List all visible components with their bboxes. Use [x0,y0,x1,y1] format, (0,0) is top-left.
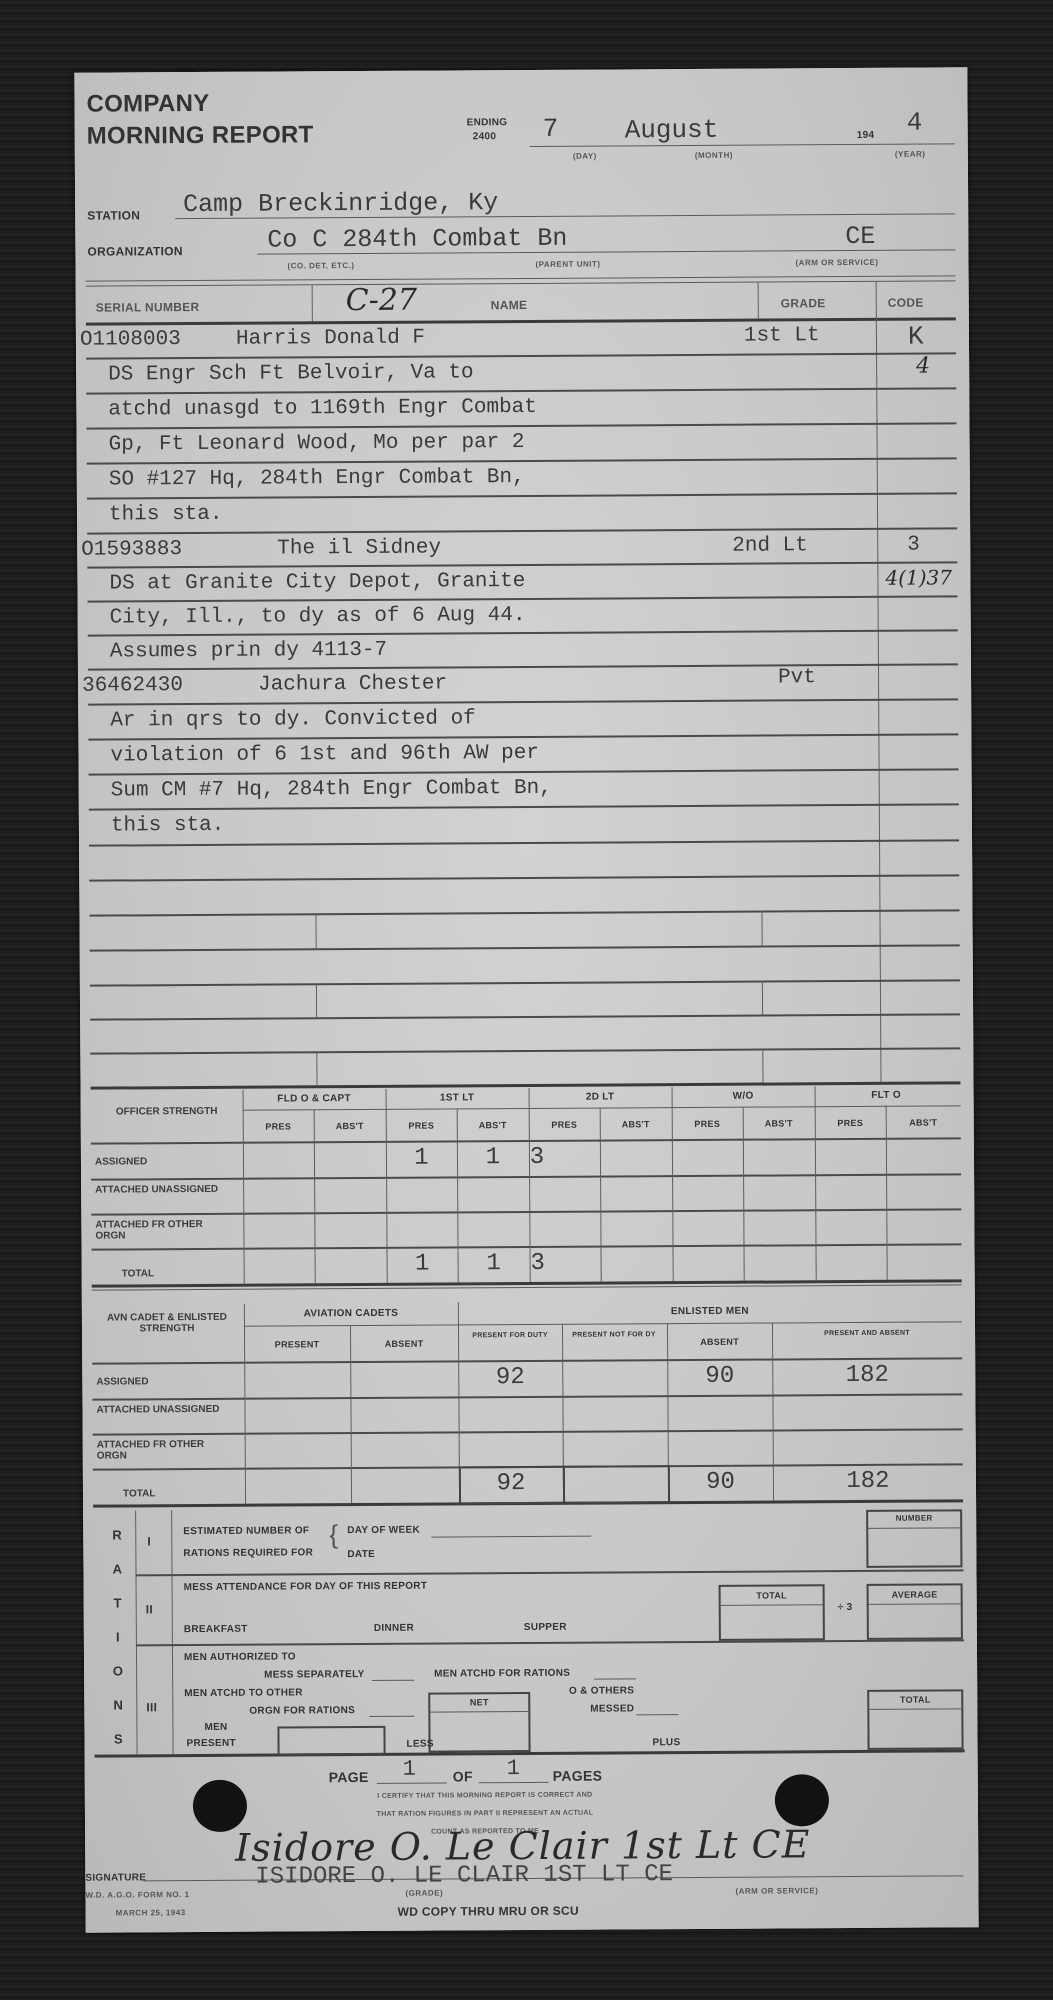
row-line [92,1393,962,1400]
typed-signature: ISIDORE O. LE CLAIR 1ST LT CE [255,1861,673,1891]
rule-divider [762,981,763,1015]
code-header: CODE [888,296,924,310]
page-field [377,1783,447,1784]
title-line-2: MORNING REPORT [87,121,314,150]
rule [88,663,958,670]
sub-pres: PRES [815,1118,886,1128]
col-cadets-absent: ABSENT [350,1338,458,1349]
men-present-1: MEN [204,1722,227,1733]
breakfast-label: BREAKFAST [184,1624,248,1635]
group-1st-lt: 1ST LT [386,1092,529,1104]
less-label: LESS [407,1739,434,1750]
organization-value: Co C 284th Combat Bn [267,224,567,255]
entry-serial-2: O1593883 [81,538,182,562]
rule [88,595,958,602]
year-prefix: 194 [857,130,875,141]
rule [87,457,957,464]
total-present-for-duty: 92 [459,1470,563,1498]
ending-label: ENDING [467,117,508,128]
serial-column-divider [312,285,313,321]
sub-abst: ABS'T [886,1117,961,1127]
side-letter: A [107,1552,127,1586]
code-column-divider [876,282,882,1082]
sub-pres: PRES [243,1121,314,1131]
officer-strength-table: OFFICER STRENGTH FLD O & CAPT 1ST LT 2D … [81,1085,975,1298]
part2-numeral: II [146,1602,153,1616]
certify-line-2: THAT RATION FIGURES IN PART II REPRESENT… [285,1809,685,1818]
grade-column-divider [758,283,759,319]
entry-line: Assumes prin dy 4113-7 [110,639,387,664]
col-line [243,1090,245,1284]
part1-label-1: ESTIMATED NUMBER OF [183,1525,309,1537]
entry-grade-3: Pvt [778,666,816,689]
serial-number-header: SERIAL NUMBER [96,300,200,315]
enlisted-strength-title: AVN CADET & ENLISTED STRENGTH [102,1312,232,1335]
ending-time: 2400 [473,131,497,142]
entry-name-1: Harris Donald F [236,327,425,351]
entries-header-bottom-line [86,317,956,325]
col-present-for-duty: PRESENT FOR DUTY [464,1330,556,1343]
row-assigned-label: ASSIGNED [96,1376,148,1387]
entry-code-2: 3 [907,534,920,557]
entry-line: violation of 6 1st and 96th AW per [110,742,539,768]
entry-line: Sum CM #7 Hq, 284th Engr Combat Bn, [111,777,552,803]
pages-label: PAGES [553,1768,603,1784]
arm-caption: (ARM OR SERVICE) [795,258,878,268]
entries-top-line-2 [86,280,956,286]
side-letter: I [108,1620,128,1654]
page-value: 1 [403,1757,416,1782]
page-label: PAGE [329,1769,369,1785]
col-line [815,1086,817,1280]
row-attached-fr-label: ATTACHED FR OTHER ORGN [95,1219,235,1242]
total-absent: 90 [668,1469,773,1497]
sub-abst: ABS'T [457,1120,529,1130]
parent-unit-caption: (PARENT UNIT) [535,260,600,269]
arm-of-service-value: CE [845,222,875,251]
rule-divider [761,911,762,946]
station-label: STATION [87,208,140,222]
pages-value: 1 [507,1756,520,1781]
assigned-present-and-absent: 182 [772,1361,962,1389]
form-id: W.D. A.G.O. FORM NO. 1 [85,1890,189,1900]
enlisted-men-group: ENLISTED MEN [458,1304,962,1318]
handwritten-note: C-27 [346,283,417,318]
rule [90,979,960,986]
entry-grade-2: 2nd Lt [732,534,808,557]
row-total-label: TOTAL [123,1488,155,1499]
rule [90,944,960,951]
copy-note: WD COPY THRU MRU OR SCU [398,1904,579,1919]
brace: { [329,1519,338,1550]
entry-line: DS Engr Sch Ft Belvoir, Va to [108,361,474,386]
mess-total-label: TOTAL [719,1590,825,1601]
group-fld-capt: FLD O & CAPT [243,1093,386,1105]
entry-code-annotation-2: 4(1)37 [885,565,952,589]
part1-label-2: RATIONS REQUIRED FOR [183,1547,313,1559]
entry-grade-1: 1st Lt [744,324,820,347]
rule [88,733,958,740]
rule [87,527,957,534]
entry-line: this sta. [111,814,225,838]
rule-divider [315,913,316,948]
col-line [314,1109,316,1283]
rule [89,803,959,810]
side-letter: N [108,1688,128,1722]
rule [86,387,956,394]
sub-abst: ABS'T [314,1121,386,1131]
entry-serial-1: O1108003 [80,328,181,352]
side-letter: R [107,1518,127,1552]
year-caption: (YEAR) [895,150,926,159]
men-atchd-rations-label: MEN ATCHD FOR RATIONS [434,1668,570,1680]
part1-numeral: I [147,1534,151,1548]
day-caption: (DAY) [573,152,597,161]
of-label: OF [453,1768,473,1784]
entry-line: Gp, Ft Leonard Wood, Mo per par 2 [109,431,525,457]
grade-header: GRADE [781,296,826,310]
entry-code-1: K [908,322,924,352]
rule [89,839,959,846]
rule [87,492,957,499]
rule-divider [762,1049,763,1083]
other-orgn-line-1: MEN ATCHD TO OTHER [184,1687,303,1699]
form-date: MARCH 25, 1943 [116,1908,186,1917]
rations-numeral-divider [171,1510,173,1754]
others-line-2: MESSED [554,1703,634,1714]
mess-average-label: AVERAGE [867,1589,963,1600]
rule [86,422,956,429]
group-subline [244,1321,962,1326]
rations-total-label: TOTAL [867,1694,963,1705]
assigned-2d-lt-pres: 3 [501,1144,573,1171]
mess-separately-field [372,1680,414,1681]
total-pnfd-box [563,1465,670,1504]
row-line [91,1173,961,1180]
row-line [93,1428,963,1435]
others-messed-field [636,1714,678,1715]
assigned-1st-lt-pres: 1 [386,1144,457,1171]
entry-line: Ar in qrs to dy. Convicted of [110,707,476,732]
rations-section: R A T I O N S I ESTIMATED NUMBER OF RATI… [83,1505,977,1756]
date-label: DATE [347,1549,375,1560]
day-of-week-label: DAY OF WEEK [347,1525,420,1536]
rule [87,561,957,568]
part1-bottom [136,1569,964,1576]
rule [89,874,959,881]
assigned-present-for-duty: 92 [458,1364,562,1392]
rule-divider [316,983,317,1017]
dinner-label: DINNER [374,1623,414,1634]
rule-divider [316,1051,317,1085]
sub-pres: PRES [386,1120,457,1130]
men-present-2: PRESENT [187,1738,236,1749]
entry-line: SO #127 Hq, 284th Engr Combat Bn, [109,466,525,492]
entry-line: DS at Granite City Depot, Granite [109,570,525,596]
entry-line: this sta. [109,503,223,527]
date-underline [530,143,955,147]
report-day: 7 [543,114,559,144]
number-label: NUMBER [866,1513,962,1523]
row-total-label: TOTAL [122,1268,154,1279]
row-line [91,1208,961,1215]
morning-report-form: COMPANY MORNING REPORT ENDING 2400 7 Aug… [74,67,978,1932]
assigned-absent: 90 [667,1363,772,1391]
col-line [350,1325,352,1503]
col-line [743,1107,745,1281]
aviation-cadets-group: AVIATION CADETS [244,1307,458,1319]
part3-numeral: III [146,1700,157,1714]
rule [90,1047,960,1054]
organization-label: ORGANIZATION [87,244,182,259]
name-header: NAME [491,298,528,312]
entry-code-annotation: 4 [916,354,930,379]
month-caption: (MONTH) [695,151,733,160]
rule [89,909,959,916]
group-subline [243,1105,961,1110]
plus-label: PLUS [653,1737,681,1748]
group-wo: W/O [672,1090,815,1102]
others-line-1: O & OTHERS [554,1685,634,1696]
sub-abst: ABS'T [600,1119,672,1129]
men-present-box[interactable] [277,1726,385,1756]
rule [86,352,956,359]
rations-side-label: R A T I O N S [107,1518,128,1756]
sub-pres: PRES [529,1120,600,1130]
atchd-rations-field [594,1678,636,1679]
auth-line-1: MEN AUTHORIZED TO [184,1651,296,1663]
report-month: August [625,115,719,146]
binder-hole-right [775,1774,829,1826]
col-line [886,1106,888,1280]
col-line [244,1304,246,1504]
station-value: Camp Breckinridge, Ky [183,188,498,219]
rule [88,698,958,705]
sub-abst: ABS'T [743,1118,815,1128]
enlisted-strength-table: AVN CADET & ENLISTED STRENGTH AVIATION C… [82,1299,976,1509]
entry-line: City, Ill., to dy as of 6 Aug 44. [110,604,526,630]
co-caption: (CO. DET. ETC.) [287,261,354,270]
total-present-and-absent: 182 [773,1467,963,1495]
entry-name-2: The il Sidney [277,537,441,561]
col-line [600,1108,602,1282]
entry-serial-3: 36462430 [82,674,183,698]
col-line [672,1087,674,1281]
side-letter: O [108,1654,128,1688]
officer-strength-title: OFFICER STRENGTH [107,1106,227,1118]
net-label: NET [428,1697,530,1708]
side-letter: T [108,1586,128,1620]
part2-title: MESS ATTENDANCE FOR DAY OF THIS REPORT [184,1581,428,1593]
binder-hole-left [193,1780,247,1832]
row-attached-unassigned-label: ATTACHED UNASSIGNED [96,1404,236,1416]
col-present-and-absent: PRESENT AND ABSENT [792,1327,942,1340]
total-2d-lt-pres: 3 [502,1250,574,1277]
signature-label: SIGNATURE [85,1872,146,1883]
grade-caption: (GRADE) [405,1889,443,1898]
rule [88,629,958,636]
col-cadets-present: PRESENT [244,1339,350,1350]
part2-bottom [136,1639,964,1646]
day-of-week-field [431,1536,591,1538]
entry-line: atchd unasgd to 1169th Engr Combat [108,396,537,422]
side-letter: S [108,1722,128,1756]
pages-field [479,1782,549,1783]
other-orgn-line-2: ORGN FOR RATIONS [249,1705,355,1717]
row-attached-unassigned-label: ATTACHED UNASSIGNED [95,1184,235,1196]
report-year-digit: 4 [907,108,923,138]
certify-line-1: I CERTIFY THAT THIS MORNING REPORT IS CO… [285,1791,685,1800]
supper-label: SUPPER [524,1622,567,1633]
total-1st-lt-pres: 1 [387,1250,458,1277]
arm-caption-footer: (ARM OR SERVICE) [735,1886,818,1896]
col-present-not-for-duty: PRESENT NOT FOR DY [568,1329,660,1342]
col-enlisted-absent: ABSENT [667,1337,772,1348]
sub-pres: PRES [672,1119,743,1129]
entry-name-3: Jachura Chester [258,672,447,696]
auth-line-2: MESS SEPARATELY [264,1669,365,1681]
rations-letter-divider [135,1510,137,1754]
title-line-1: COMPANY [86,90,209,119]
rule [89,768,959,775]
group-2d-lt: 2D LT [529,1091,672,1103]
row-assigned-label: ASSIGNED [95,1156,147,1167]
rule [90,1013,960,1020]
other-orgn-field [369,1716,414,1717]
group-flt-o: FLT O [815,1089,958,1101]
row-attached-fr-label: ATTACHED FR OTHER ORGN [97,1439,237,1462]
divide-by-three: ÷ 3 [838,1602,854,1613]
